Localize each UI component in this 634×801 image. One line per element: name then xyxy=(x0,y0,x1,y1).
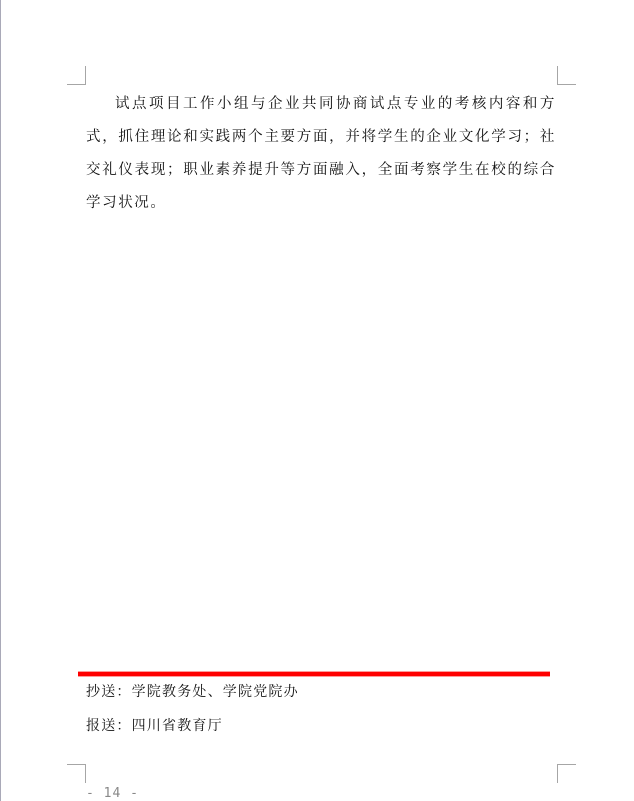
report-recipients: 四川省教育厅 xyxy=(132,718,223,734)
report-label: 报送： xyxy=(86,718,132,734)
margin-corner-mark-bottom-left xyxy=(67,764,86,783)
cc-recipients: 学院教务处、学院党院办 xyxy=(132,684,299,700)
report-line: 报送：四川省教育厅 xyxy=(86,715,223,735)
cc-label: 抄送： xyxy=(86,684,132,700)
margin-corner-mark-top-right xyxy=(557,66,576,85)
page-number: - 14 - xyxy=(86,786,139,801)
margin-corner-mark-top-left xyxy=(67,66,86,85)
red-separator-rule xyxy=(78,672,550,676)
page-left-edge xyxy=(0,0,1,801)
document-body: 试点项目工作小组与企业共同协商试点专业的考核内容和方式，抓住理论和实践两个主要方… xyxy=(86,88,556,220)
body-paragraph: 试点项目工作小组与企业共同协商试点专业的考核内容和方式，抓住理论和实践两个主要方… xyxy=(86,88,556,220)
cc-line: 抄送：学院教务处、学院党院办 xyxy=(86,681,299,701)
margin-corner-mark-bottom-right xyxy=(557,764,576,783)
